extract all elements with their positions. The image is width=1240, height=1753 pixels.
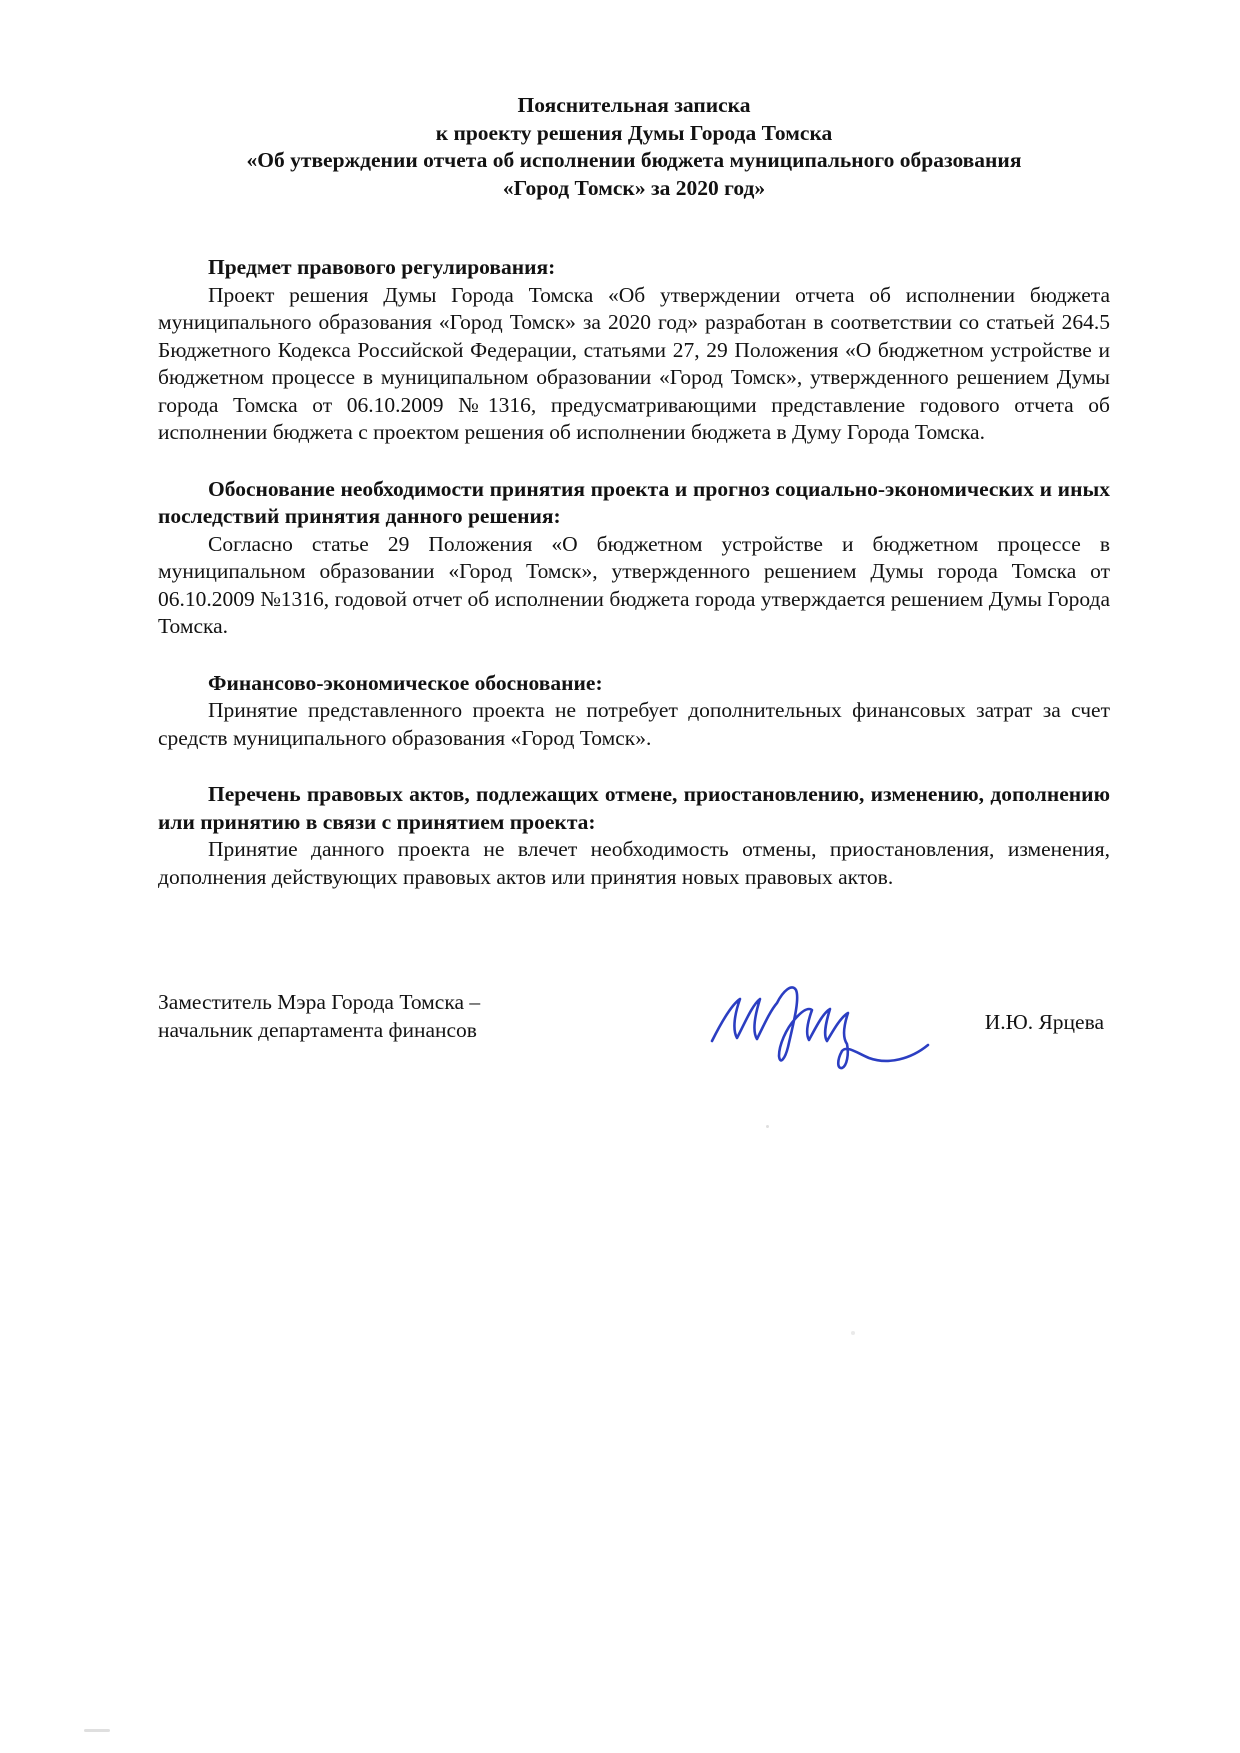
title-line: «Город Томск» за 2020 год» bbox=[158, 175, 1110, 203]
section-heading: Перечень правовых актов, подлежащих отме… bbox=[158, 781, 1110, 836]
section-paragraph: Согласно статье 29 Положения «О бюджетно… bbox=[158, 531, 1110, 641]
signer-position: Заместитель Мэра Города Томска – начальн… bbox=[158, 989, 638, 1044]
document-sections: Предмет правового регулирования: Проект … bbox=[158, 254, 1110, 891]
section-acts-list: Перечень правовых актов, подлежащих отме… bbox=[158, 781, 1110, 891]
signer-position-line: Заместитель Мэра Города Томска – bbox=[158, 989, 638, 1017]
section-justification: Обоснование необходимости принятия проек… bbox=[158, 476, 1110, 641]
title-line: «Об утверждении отчета об исполнении бюд… bbox=[158, 147, 1110, 175]
scan-artifact bbox=[84, 1729, 110, 1732]
section-paragraph: Проект решения Думы Города Томска «Об ут… bbox=[158, 282, 1110, 447]
section-heading: Обоснование необходимости принятия проек… bbox=[158, 476, 1110, 531]
signer-position-line: начальник департамента финансов bbox=[158, 1017, 638, 1045]
section-paragraph: Принятие представленного проекта не потр… bbox=[158, 697, 1110, 752]
section-heading: Предмет правового регулирования: bbox=[158, 254, 1110, 282]
title-line: к проекту решения Думы Города Томска bbox=[158, 120, 1110, 148]
section-heading: Финансово-экономическое обоснование: bbox=[158, 670, 1110, 698]
document-page: Пояснительная записка к проекту решения … bbox=[0, 0, 1240, 1753]
signer-name: И.Ю. Ярцева bbox=[985, 1009, 1104, 1037]
signature-block: Заместитель Мэра Города Томска – начальн… bbox=[158, 989, 1110, 1109]
scan-artifact bbox=[766, 1125, 769, 1128]
section-subject: Предмет правового регулирования: Проект … bbox=[158, 254, 1110, 447]
handwritten-signature-icon bbox=[706, 977, 936, 1077]
section-financial: Финансово-экономическое обоснование: При… bbox=[158, 670, 1110, 753]
section-paragraph: Принятие данного проекта не влечет необх… bbox=[158, 836, 1110, 891]
document-content: Пояснительная записка к проекту решения … bbox=[158, 92, 1110, 1109]
document-title: Пояснительная записка к проекту решения … bbox=[158, 92, 1110, 202]
scan-artifact bbox=[851, 1331, 855, 1335]
title-line: Пояснительная записка bbox=[158, 92, 1110, 120]
